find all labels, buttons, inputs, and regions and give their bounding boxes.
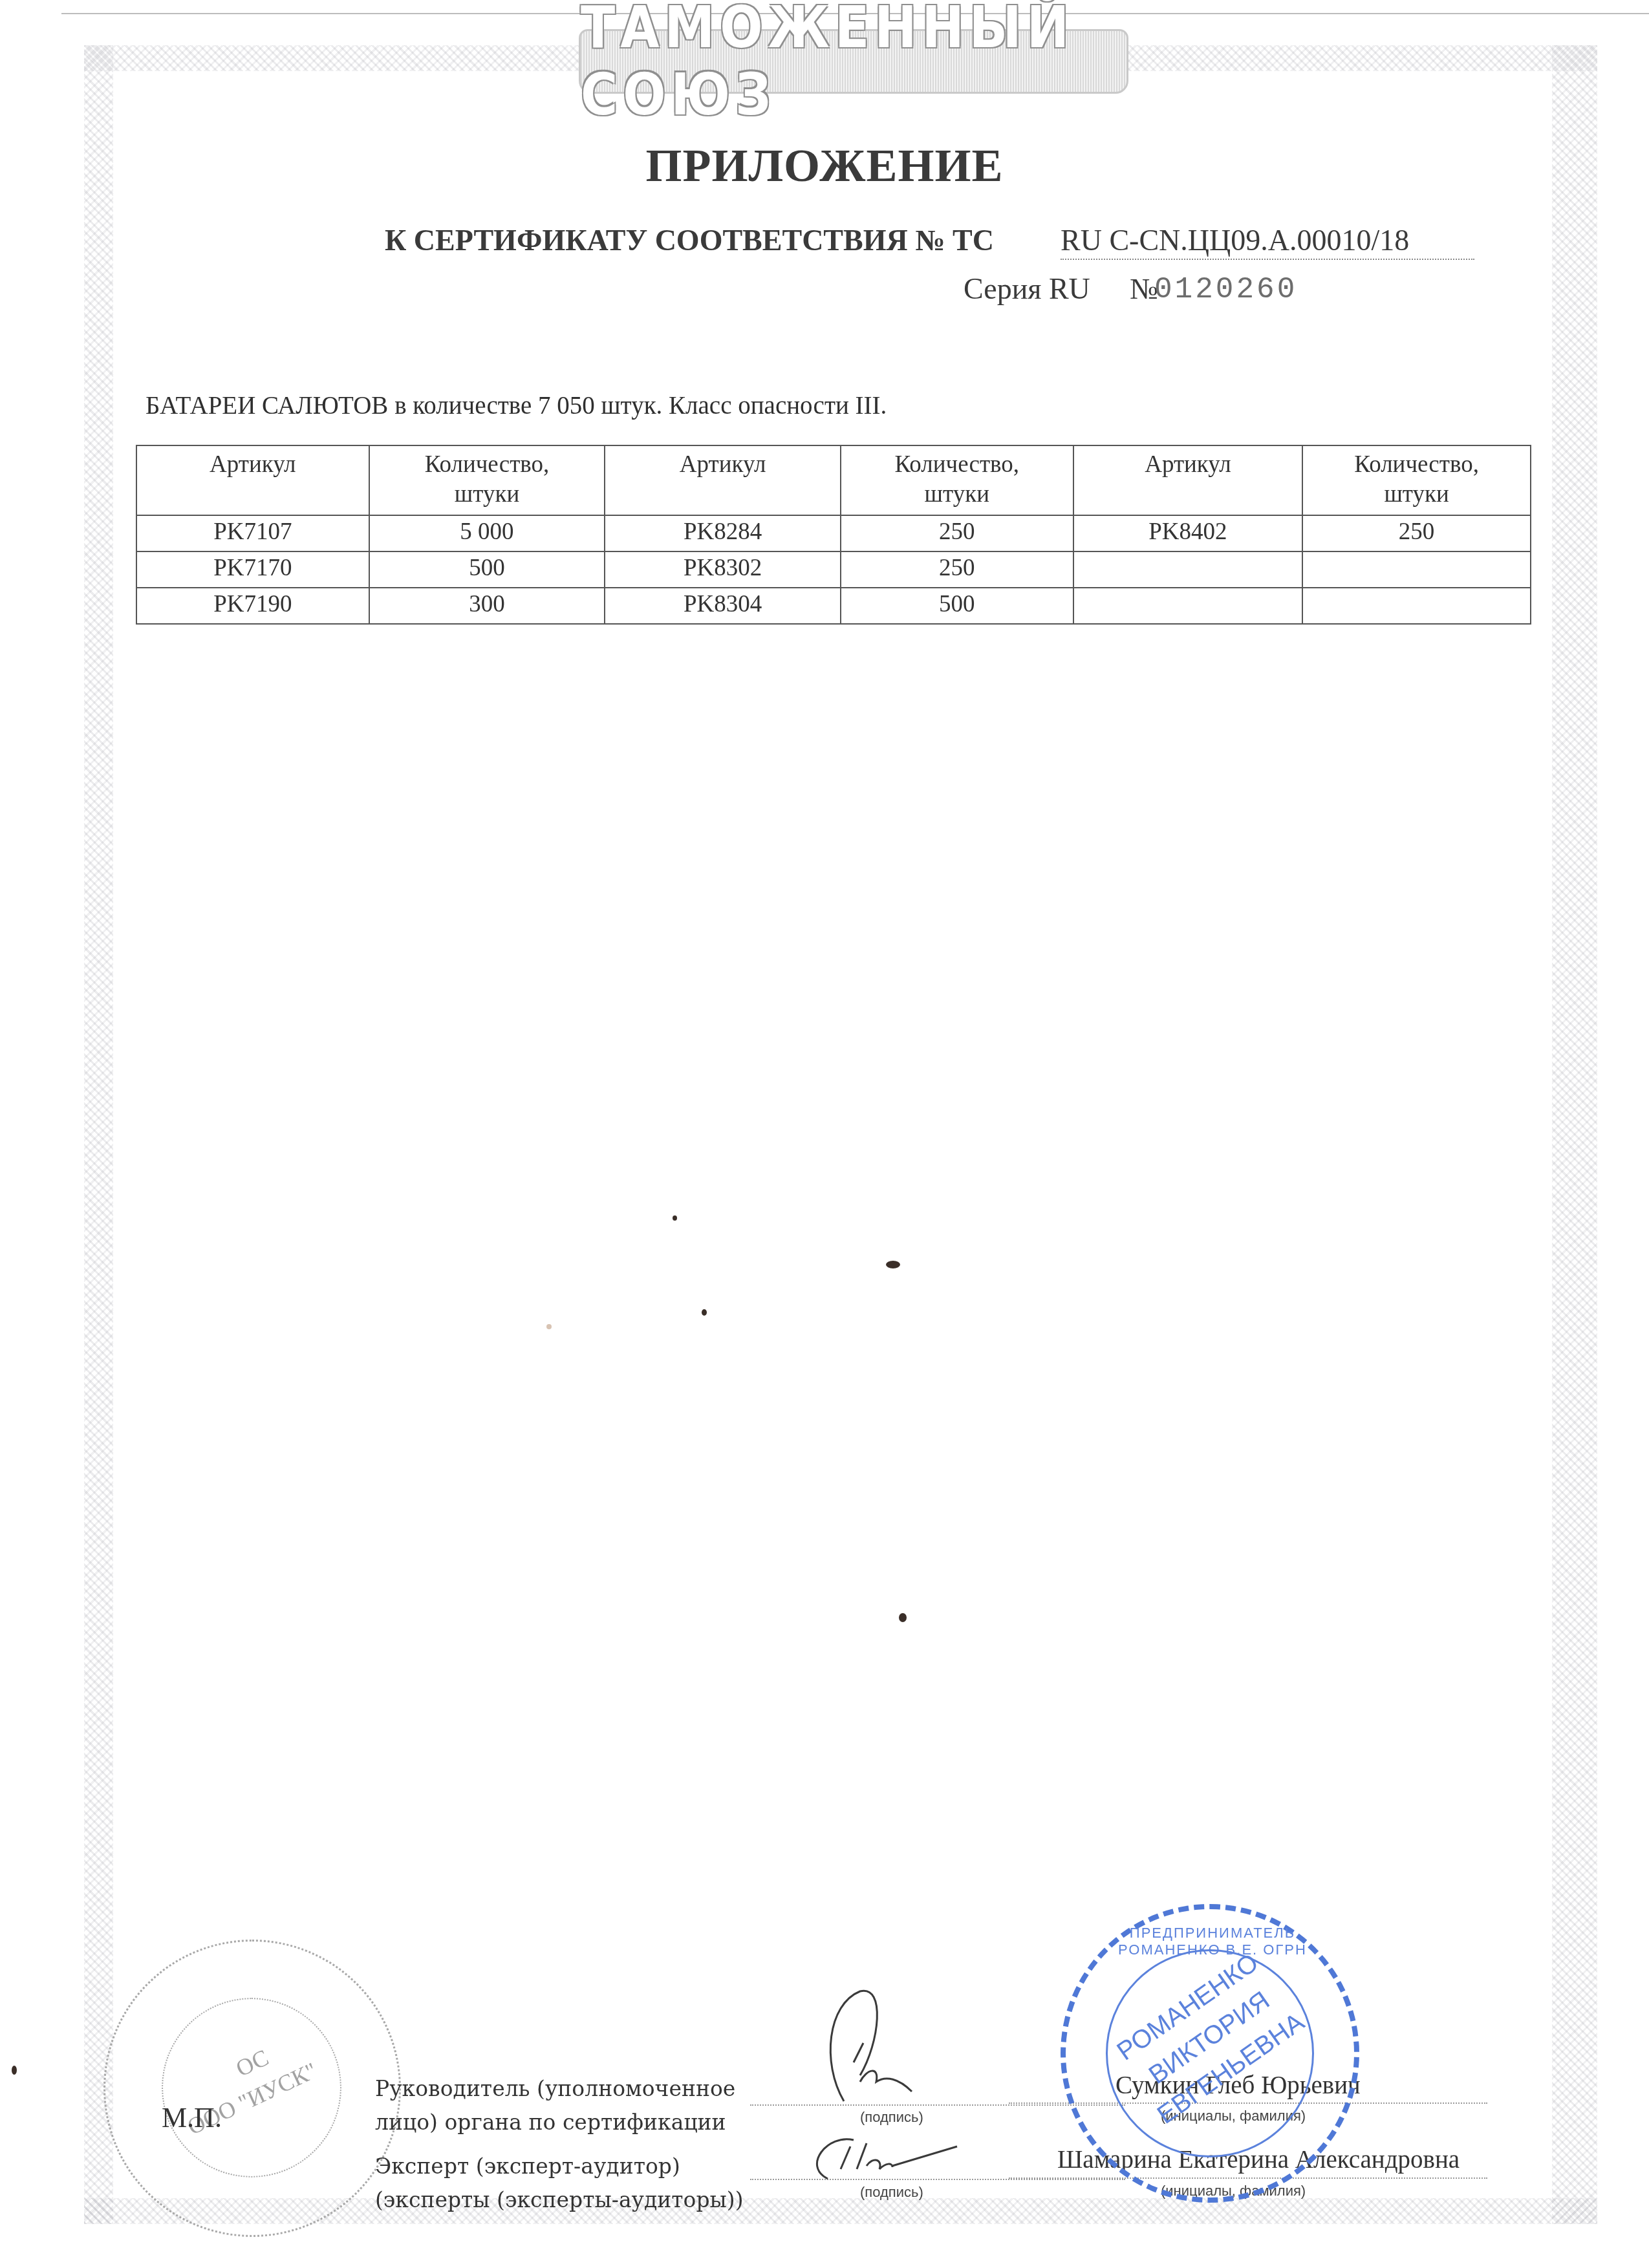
- cell: [1073, 551, 1303, 588]
- scan-speck: [886, 1261, 900, 1268]
- cell: PK8284: [605, 515, 841, 551]
- certificate-number: RU C-CN.ЦЦ09.А.00010/18: [1061, 223, 1409, 257]
- table-row: PK7107 5 000 PK8284 250 PK8402 250: [136, 515, 1531, 551]
- expert-label-line1: Эксперт (эксперт-аудитор): [375, 2150, 744, 2183]
- cell: PK8402: [1073, 515, 1303, 551]
- seal-place-label: М.П.: [162, 2101, 222, 2134]
- head-label: Руководитель (уполномоченное лицо) орган…: [375, 2072, 735, 2139]
- cell: PK7107: [136, 515, 369, 551]
- head-label-line2: лицо) органа по сертификации: [375, 2106, 735, 2139]
- banner-text: ТАМОЖЕННЫЙ СОЮЗ: [581, 0, 1126, 129]
- series-label: Серия RU №: [964, 272, 1158, 306]
- scan-speck: [673, 1215, 677, 1221]
- frame-left: [84, 45, 113, 2224]
- cell: PK8304: [605, 588, 841, 624]
- header-quantity-3: Количество,штуки: [1302, 445, 1531, 515]
- header-article-1: Артикул: [136, 445, 369, 515]
- head-label-line1: Руководитель (уполномоченное: [375, 2072, 735, 2106]
- cell: 250: [841, 515, 1073, 551]
- cell: [1302, 551, 1531, 588]
- guilloche-frame: [84, 45, 1597, 2224]
- scan-speck: [899, 1613, 907, 1622]
- cell: 300: [369, 588, 605, 624]
- series-code: Серия RU: [964, 272, 1090, 305]
- table-row: PK7190 300 PK8304 500: [136, 588, 1531, 624]
- product-description: БАТАРЕИ САЛЮТОВ в количестве 7 050 штук.…: [145, 391, 887, 420]
- header-article-3: Артикул: [1073, 445, 1303, 515]
- header-quantity-1: Количество,штуки: [369, 445, 605, 515]
- cell: 250: [841, 551, 1073, 588]
- scan-speck: [702, 1309, 707, 1316]
- cell: [1302, 588, 1531, 624]
- cell: 5 000: [369, 515, 605, 551]
- certificate-prefix: К СЕРТИФИКАТУ СООТВЕТСТВИЯ № ТС: [385, 223, 994, 257]
- expert-label-line2: (эксперты (эксперты-аудиторы)): [375, 2183, 744, 2217]
- expert-signature: [802, 2108, 970, 2185]
- table-header-row: Артикул Количество,штуки Артикул Количес…: [136, 445, 1531, 515]
- cell: PK8302: [605, 551, 841, 588]
- certification-body-stamp: ОС ООО "ИУСК": [103, 1940, 401, 2237]
- frame-right: [1552, 45, 1597, 2224]
- expert-label: Эксперт (эксперт-аудитор) (эксперты (экс…: [375, 2150, 744, 2217]
- header-article-2: Артикул: [605, 445, 841, 515]
- cell: 500: [841, 588, 1073, 624]
- cell: PK7190: [136, 588, 369, 624]
- head-signature: [815, 1985, 918, 2114]
- certificate-number-underline: [1061, 259, 1474, 260]
- series-number: 0120260: [1154, 273, 1297, 306]
- scan-speck: [546, 1324, 552, 1329]
- cell: 250: [1302, 515, 1531, 551]
- customs-union-banner: ТАМОЖЕННЫЙ СОЮЗ: [579, 29, 1128, 94]
- scan-speck: [12, 2066, 17, 2075]
- items-table: Артикул Количество,штуки Артикул Количес…: [136, 445, 1531, 625]
- table-row: PK7170 500 PK8302 250: [136, 551, 1531, 588]
- cell: PK7170: [136, 551, 369, 588]
- page-title: ПРИЛОЖЕНИЕ: [0, 139, 1649, 193]
- header-quantity-2: Количество,штуки: [841, 445, 1073, 515]
- cell: [1073, 588, 1303, 624]
- expert-signature-caption: (подпись): [860, 2184, 923, 2201]
- cell: 500: [369, 551, 605, 588]
- entrepreneur-stamp: ПРЕДПРИНИМАТЕЛЬ РОМАНЕНКО В.Е. ОГРН РОМА…: [1061, 1904, 1364, 2208]
